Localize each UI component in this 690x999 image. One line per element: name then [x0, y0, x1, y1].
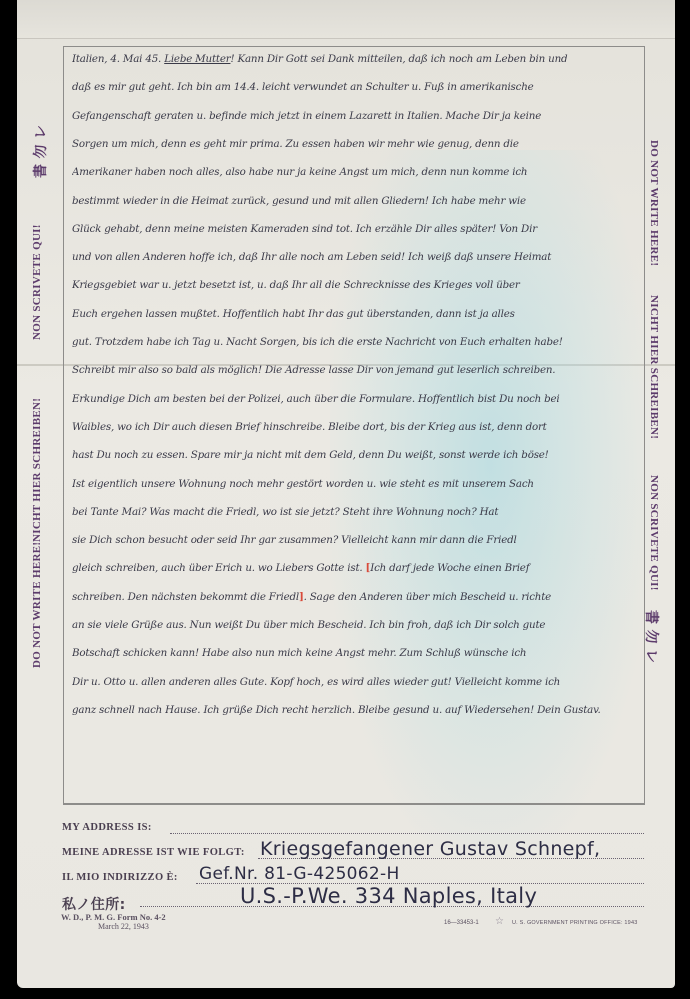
letter-line: bestimmt wieder in die Heimat zurück, ge…: [72, 191, 638, 211]
address-line-name: Kriegsgefangener Gustav Schnepf,: [260, 838, 600, 860]
print-number: 16—33453-1: [444, 920, 479, 926]
letter-text: bestimmt wieder in die Heimat zurück, ge…: [72, 195, 526, 207]
letter-text: Schreibt mir also so bald als möglich! D…: [72, 364, 555, 376]
form-number: W. D., P. M. G. Form No. 4-2: [61, 912, 166, 922]
letter-text: Dir u. Otto u. allen anderen alles Gute.…: [72, 676, 560, 688]
letter-text: gleich schreiben, auch über Erich u. wo …: [72, 562, 366, 574]
letter-text: Kriegsgebiet war u. jetzt besetzt ist, u…: [72, 279, 520, 291]
margin-warning-jp-left: 書 勿 レ: [30, 125, 50, 178]
letter-line: Botschaft schicken kann! Habe also nun m…: [72, 643, 638, 663]
margin-warning-en-left: DO NOT WRITE HERE!: [31, 542, 43, 668]
letter-text: Gefangenschaft geraten u. befinde mich j…: [72, 110, 541, 122]
margin-warning-it-left: NON SCRIVETE QUI!: [31, 224, 43, 340]
letter-text: Amerikaner haben noch alles, also habe n…: [72, 166, 527, 178]
margin-warning-de-left: NICHT HIER SCHREIBEN!: [31, 398, 43, 542]
letter-line: bei Tante Mai? Was macht die Friedl, wo …: [72, 502, 638, 522]
letter-text: ! Kann Dir Gott sei Dank mitteilen, daß …: [230, 53, 567, 65]
letter-text: . Sage den Anderen über mich Bescheid u.…: [304, 591, 551, 603]
letter-line: Dir u. Otto u. allen anderen alles Gute.…: [72, 672, 638, 692]
letter-text: Euch ergehen lassen mußtet. Hoffentlich …: [72, 308, 515, 320]
letter-line: ganz schnell nach Hause. Ich grüße Dich …: [72, 700, 638, 720]
letter-text: Sorgen um mich, denn es geht mir prima. …: [72, 138, 519, 150]
letter-text: bei Tante Mai? Was macht die Friedl, wo …: [72, 506, 498, 518]
letter-line: und von allen Anderen hoffe ich, daß Ihr…: [72, 247, 638, 267]
letter-line: Italien, 4. Mai 45. Liebe Mutter! Kann D…: [72, 49, 638, 69]
letter-text: an sie viele Grüße aus. Nun weißt Du übe…: [72, 619, 545, 631]
letter-text: Botschaft schicken kann! Habe also nun m…: [72, 647, 526, 659]
letter-line: Gefangenschaft geraten u. befinde mich j…: [72, 106, 638, 126]
address-line-pow-number: Gef.Nr. 81-G-425062-H: [199, 864, 400, 884]
address-label-en: MY ADDRESS IS:: [62, 822, 152, 833]
salutation: Liebe Mutter: [164, 53, 230, 65]
letter-text: Italien, 4. Mai 45.: [72, 53, 164, 65]
letter-line: gleich schreiben, auch über Erich u. wo …: [72, 558, 638, 578]
address-rule-1: [170, 833, 644, 834]
margin-warning-de-right: NICHT HIER SCHREIBEN!: [648, 295, 660, 439]
margin-warning-en-right: DO NOT WRITE HERE!: [648, 140, 660, 266]
letter-text: ganz schnell nach Hause. Ich grüße Dich …: [72, 704, 601, 716]
margin-warning-jp-right: 書 勿 レ: [642, 610, 662, 663]
letter-box-bottom-rule: [63, 804, 645, 805]
address-label-de: MEINE ADRESSE IST WIE FOLGT:: [62, 847, 245, 858]
letter-line: Sorgen um mich, denn es geht mir prima. …: [72, 134, 638, 154]
letter-line: Kriegsgebiet war u. jetzt besetzt ist, u…: [72, 275, 638, 295]
letter-text: Ich darf jede Woche einen Brief: [370, 562, 529, 574]
letter-text: und von allen Anderen hoffe ich, daß Ihr…: [72, 251, 551, 263]
letter-line: schreiben. Den nächsten bekommt die Frie…: [72, 587, 638, 607]
star-icon: ☆: [495, 916, 504, 927]
letter-line: Amerikaner haben noch alles, also habe n…: [72, 162, 638, 182]
letter-text: sie Dich schon besucht oder seid Ihr gar…: [72, 534, 517, 546]
letter-line: daß es mir gut geht. Ich bin am 14.4. le…: [72, 77, 638, 97]
letter-line: Ist eigentlich unsere Wohnung noch mehr …: [72, 474, 638, 494]
printing-office: U. S. GOVERNMENT PRINTING OFFICE: 1943: [512, 920, 637, 926]
letter-line: Schreibt mir also so bald als möglich! D…: [72, 360, 638, 380]
letter-line: sie Dich schon besucht oder seid Ihr gar…: [72, 530, 638, 550]
letter-line: Glück gehabt, denn meine meisten Kamerad…: [72, 219, 638, 239]
letter-text: Glück gehabt, denn meine meisten Kamerad…: [72, 223, 537, 235]
letter-text: Erkundige Dich am besten bei der Polizei…: [72, 393, 560, 405]
letter-line: an sie viele Grüße aus. Nun weißt Du übe…: [72, 615, 638, 635]
letter-body: Italien, 4. Mai 45. Liebe Mutter! Kann D…: [63, 46, 645, 804]
letter-text: Waibles, wo ich Dir auch diesen Brief hi…: [72, 421, 547, 433]
letter-line: Waibles, wo ich Dir auch diesen Brief hi…: [72, 417, 638, 437]
letter-line: gut. Trotzdem habe ich Tag u. Nacht Sorg…: [72, 332, 638, 352]
letter-text: daß es mir gut geht. Ich bin am 14.4. le…: [72, 81, 534, 93]
letter-text: Ist eigentlich unsere Wohnung noch mehr …: [72, 478, 534, 490]
letter-text: schreiben. Den nächsten bekommt die Frie…: [72, 591, 299, 603]
address-line-camp: U.S.-P.We. 334 Naples, Italy: [240, 884, 537, 908]
letter-text: hast Du noch zu essen. Spare mir ja nich…: [72, 449, 549, 461]
form-date: March 22, 1943: [98, 922, 149, 931]
margin-warning-it-right: NON SCRIVETE QUI!: [648, 475, 660, 591]
letter-line: Erkundige Dich am besten bei der Polizei…: [72, 389, 638, 409]
address-label-it: IL MIO INDIRIZZO È:: [62, 872, 178, 883]
letter-text: gut. Trotzdem habe ich Tag u. Nacht Sorg…: [72, 336, 563, 348]
address-label-jp: 私ノ住所:: [62, 894, 126, 914]
letter-line: Euch ergehen lassen mußtet. Hoffentlich …: [72, 304, 638, 324]
letter-line: hast Du noch zu essen. Spare mir ja nich…: [72, 445, 638, 465]
